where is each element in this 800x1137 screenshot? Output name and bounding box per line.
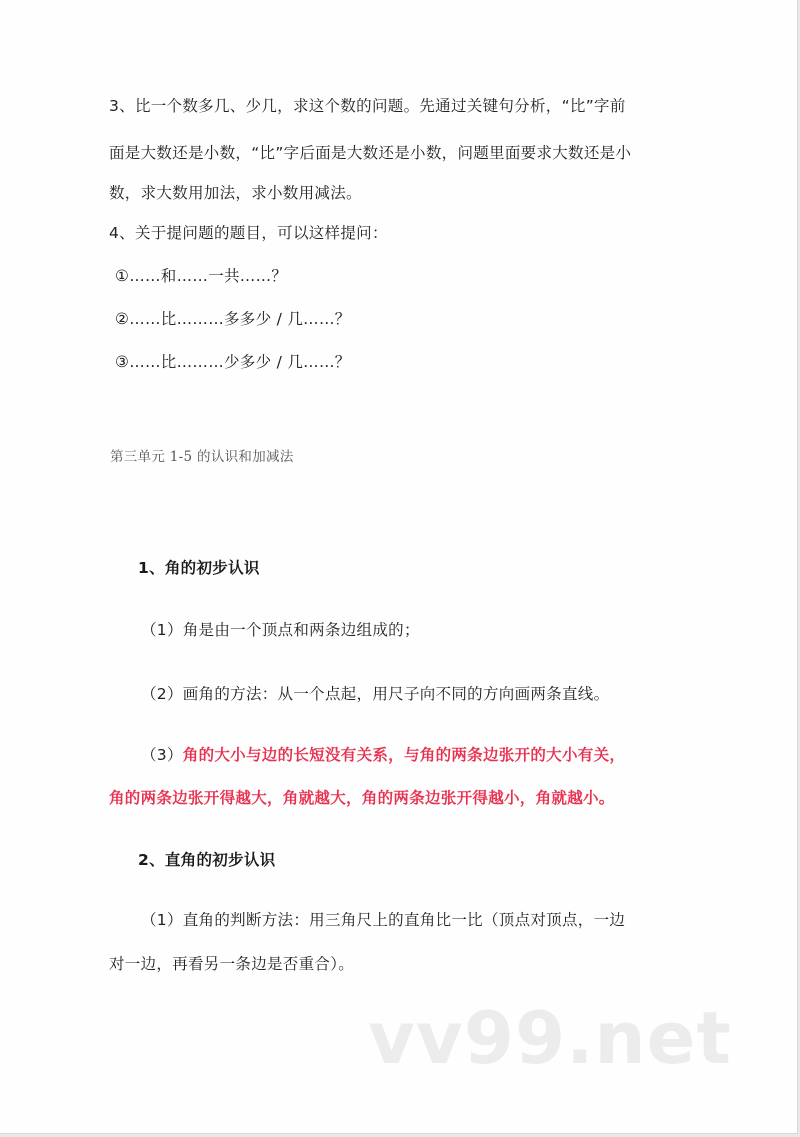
section1-p3-line1: （3）角的大小与边的长短没有关系，与角的两条边张开的大小有关，	[141, 743, 625, 765]
document-page: 3、比一个数多几、少几，求这个数的问题。先通过关键句分析，“比”字前 面是大数还…	[0, 0, 798, 1134]
section1-heading: 1、角的初步认识	[138, 556, 260, 578]
section2-p1-line1: （1）直角的判断方法：用三角尺上的直角比一比（顶点对顶点，一边	[141, 908, 625, 930]
section1-p3-prefix: （3）	[141, 746, 183, 764]
section1-p1: （1）角是由一个顶点和两条边组成的；	[141, 618, 420, 640]
para4-title: 4、关于提问题的题目，可以这样提问：	[109, 221, 388, 243]
para3-line2: 面是大数还是小数，“比”字后面是大数还是小数，问题里面要求大数还是小	[109, 141, 631, 163]
section1-p2: （2）画角的方法：从一个点起，用尺子向不同的方向画两条直线。	[141, 682, 609, 704]
question-item: ②……比………多多少 / 几……？	[115, 307, 351, 329]
question-item: ③……比………少多少 / 几……？	[115, 350, 351, 372]
para3-line1: 3、比一个数多几、少几，求这个数的问题。先通过关键句分析，“比”字前	[109, 94, 626, 116]
watermark: vv99.net	[368, 996, 732, 1080]
section1-p3-highlight: 角的大小与边的长短没有关系，与角的两条边张开的大小有关，	[183, 746, 625, 764]
question-item: ①……和……一共……？	[115, 264, 287, 286]
section2-heading: 2、直角的初步认识	[138, 848, 276, 870]
para3-line3: 数，求大数用加法，求小数用减法。	[109, 181, 362, 203]
unit-title: 第三单元 1-5 的认识和加减法	[110, 445, 294, 465]
section1-p3-line2: 角的两条边张开得越大，角就越大，角的两条边张开得越小，角就越小。	[109, 786, 615, 808]
section2-p1-line2: 对一边，再看另一条边是否重合）。	[109, 952, 354, 974]
